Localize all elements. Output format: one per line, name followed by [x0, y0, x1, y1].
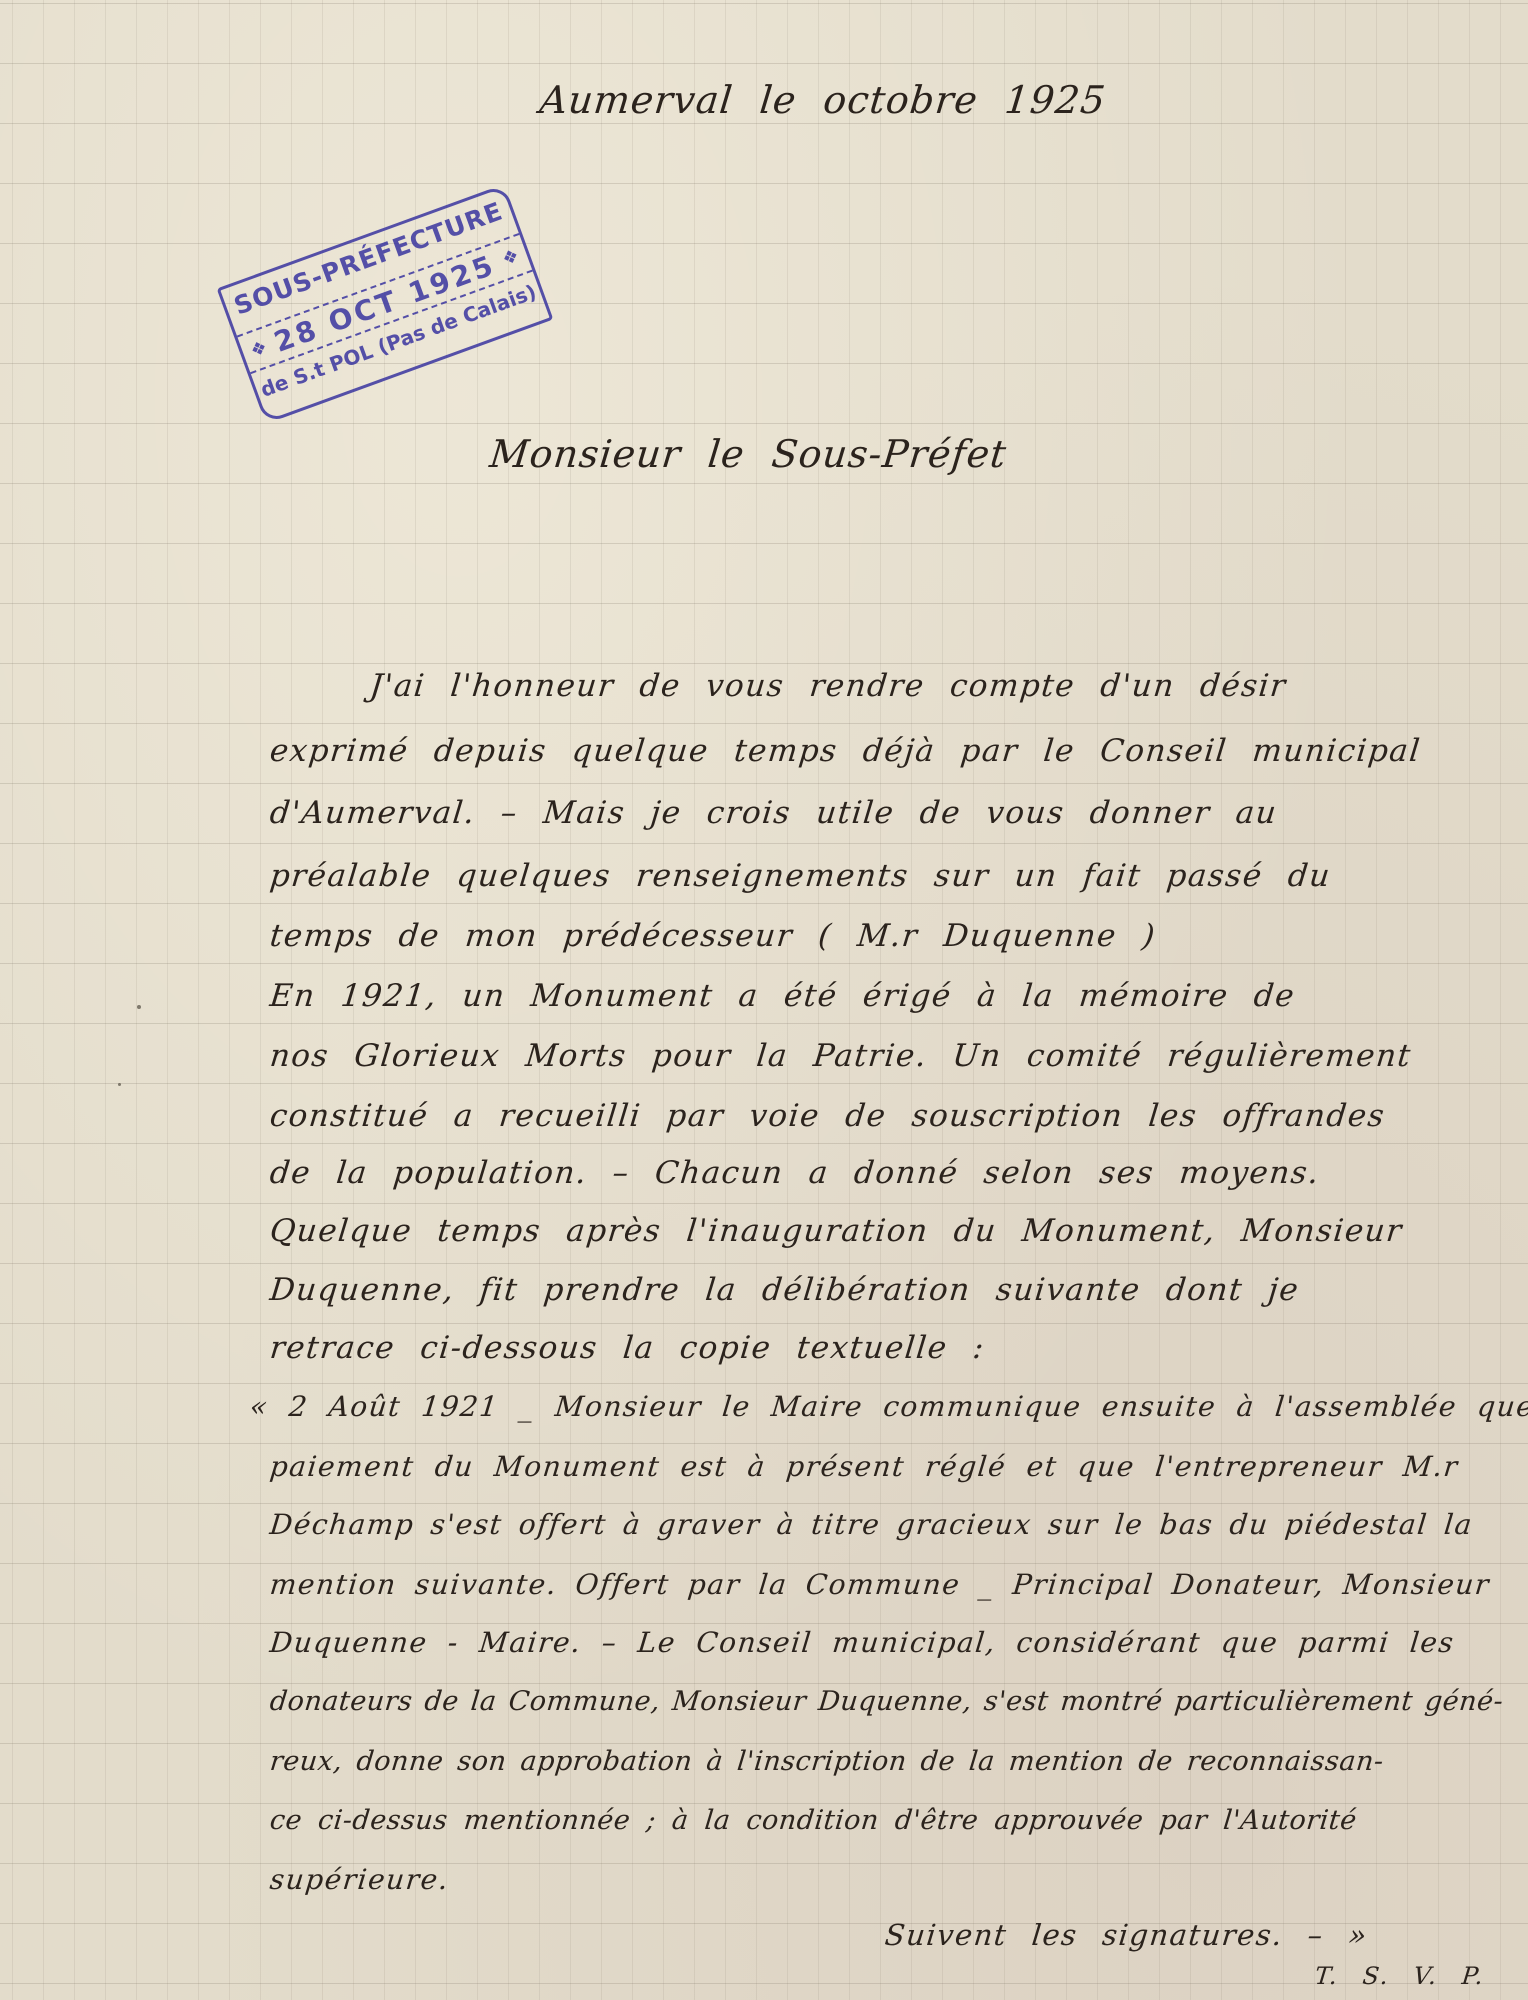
- quote-line: supérieure.: [268, 1863, 451, 1896]
- quote-line: « 2 Août 1921 _ Monsieur le Maire commun…: [248, 1390, 1528, 1423]
- tsvp-note: T. S. V. P.: [1314, 1962, 1487, 1990]
- quote-line: paiement du Monument est à présent réglé…: [268, 1450, 1460, 1483]
- body-line: Quelque temps après l'inauguration du Mo…: [268, 1213, 1404, 1249]
- place-date: Aumerval le octobre 1925: [538, 78, 1108, 122]
- salutation: Monsieur le Sous-Préfet: [488, 432, 1009, 476]
- quote-line: mention suivante. Offert par la Commune …: [268, 1568, 1491, 1601]
- quote-line: Duquenne - Maire. – Le Conseil municipal…: [268, 1626, 1456, 1659]
- body-line: temps de mon prédécesseur ( M.r Duquenne…: [268, 918, 1158, 954]
- quote-line: ce ci-dessus mentionnée ; à la condition…: [268, 1805, 1358, 1836]
- body-line: constitué a recueilli par voie de souscr…: [268, 1098, 1387, 1134]
- quote-line: Déchamp s'est offert à graver à titre gr…: [268, 1508, 1474, 1541]
- body-line: J'ai l'honneur de vous rendre compte d'u…: [368, 668, 1288, 704]
- body-line: nos Glorieux Morts pour la Patrie. Un co…: [268, 1038, 1413, 1074]
- ink-spot: [118, 1083, 121, 1086]
- closing-signatures: Suivent les signatures. – »: [883, 1918, 1369, 1952]
- body-line: d'Aumerval. – Mais je crois utile de vou…: [268, 795, 1279, 831]
- body-line: de la population. – Chacun a donné selon…: [268, 1155, 1321, 1191]
- letter-page: Aumerval le octobre 1925 SOUS-PRÉFECTURE…: [0, 0, 1528, 2000]
- body-line: retrace ci-dessous la copie textuelle :: [268, 1330, 987, 1366]
- quote-line: reux, donne son approbation à l'inscript…: [268, 1746, 1385, 1777]
- body-line: Duquenne, fit prendre la délibération su…: [268, 1272, 1301, 1308]
- body-line: exprimé depuis quelque temps déjà par le…: [268, 733, 1423, 769]
- sous-prefecture-stamp: SOUS-PRÉFECTURE 28 OCT 1925 de S.t POL (…: [217, 184, 554, 424]
- body-line: En 1921, un Monument a été érigé à la mé…: [268, 978, 1297, 1014]
- body-line: préalable quelques renseignements sur un…: [268, 858, 1333, 894]
- quote-line: donateurs de la Commune, Monsieur Duquen…: [268, 1686, 1504, 1717]
- ink-spot: [137, 1005, 141, 1009]
